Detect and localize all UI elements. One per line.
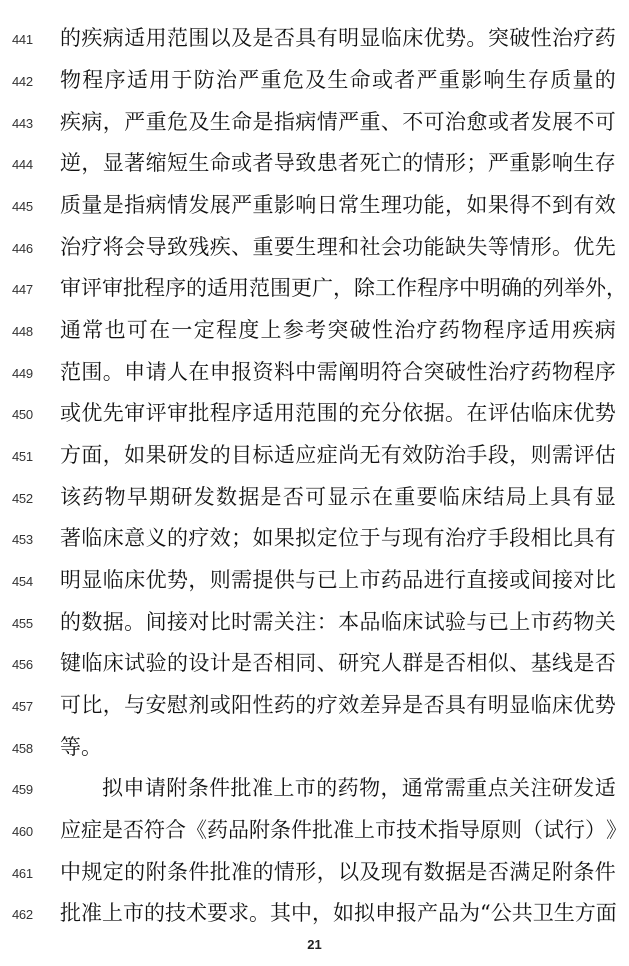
line-text: 疾病，严重危及生命是指病情严重、不可治愈或者发展不可 [60, 108, 616, 136]
line-text: 明显临床优势，则需提供与已上市药品进行直接或间接对比 [60, 566, 616, 594]
line-text: 通常也可在一定程度上参考突破性治疗药物程序适用疾病 [60, 316, 616, 344]
text-line: 447 审评审批程序的适用范围更广，除工作程序中明确的列举外， [0, 270, 629, 311]
line-number: 460 [12, 824, 42, 839]
text-line: 454 明显临床优势，则需提供与已上市药品进行直接或间接对比 [0, 562, 629, 603]
line-text: 键临床试验的设计是否相同、研究人群是否相似、基线是否 [60, 649, 616, 677]
line-number: 458 [12, 741, 42, 756]
text-line: 443 疾病，严重危及生命是指病情严重、不可治愈或者发展不可 [0, 104, 629, 145]
line-number: 446 [12, 241, 42, 256]
line-number: 455 [12, 616, 42, 631]
line-text: 质量是指病情发展严重影响日常生理功能，如果得不到有效 [60, 191, 616, 219]
line-number: 451 [12, 449, 42, 464]
text-line: 442 物程序适用于防治严重危及生命或者严重影响生存质量的 [0, 62, 629, 103]
line-number: 453 [12, 532, 42, 547]
line-text: 该药物早期研发数据是否可显示在重要临床结局上具有显 [60, 483, 616, 511]
line-text: 的数据。间接对比时需关注：本品临床试验与已上市药物关 [60, 608, 616, 636]
text-line: 451 方面，如果研发的目标适应症尚无有效防治手段，则需评估 [0, 437, 629, 478]
line-number: 452 [12, 491, 42, 506]
text-line: 462 批准上市的技术要求。其中，如拟申报产品为“公共卫生方面 [0, 895, 629, 936]
line-text: 拟申请附条件批准上市的药物，通常需重点关注研发适 [102, 774, 616, 802]
text-line: 461 中规定的附条件批准的情形，以及现有数据是否满足附条件 [0, 854, 629, 895]
line-number: 462 [12, 907, 42, 922]
line-number: 461 [12, 866, 42, 881]
line-text: 等。 [60, 733, 616, 761]
text-line: 448 通常也可在一定程度上参考突破性治疗药物程序适用疾病 [0, 312, 629, 353]
line-text: 批准上市的技术要求。其中，如拟申报产品为“公共卫生方面 [60, 899, 616, 927]
text-line: 460 应症是否符合《药品附条件批准上市技术指导原则（试行）》 [0, 812, 629, 853]
text-line: 445 质量是指病情发展严重影响日常生理功能，如果得不到有效 [0, 187, 629, 228]
text-line: 457 可比，与安慰剂或阳性药的疗效差异是否具有明显临床优势 [0, 687, 629, 728]
line-number: 448 [12, 324, 42, 339]
text-line: 450 或优先审评审批程序适用范围的充分依据。在评估临床优势 [0, 395, 629, 436]
line-text: 审评审批程序的适用范围更广，除工作程序中明确的列举外， [60, 274, 616, 302]
line-number: 449 [12, 366, 42, 381]
text-line: 446 治疗将会导致残疾、重要生理和社会功能缺失等情形。优先 [0, 229, 629, 270]
line-number: 441 [12, 32, 42, 47]
line-number: 456 [12, 657, 42, 672]
line-number: 454 [12, 574, 42, 589]
line-text: 可比，与安慰剂或阳性药的疗效差异是否具有明显临床优势 [60, 691, 616, 719]
line-text: 应症是否符合《药品附条件批准上市技术指导原则（试行）》 [60, 816, 616, 844]
text-line: 455 的数据。间接对比时需关注：本品临床试验与已上市药物关 [0, 604, 629, 645]
text-line: 459 拟申请附条件批准上市的药物，通常需重点关注研发适 [0, 770, 629, 811]
line-text: 著临床意义的疗效；如果拟定位于与现有治疗手段相比具有 [60, 524, 616, 552]
line-number: 447 [12, 282, 42, 297]
line-text: 中规定的附条件批准的情形，以及现有数据是否满足附条件 [60, 858, 616, 886]
line-number: 450 [12, 407, 42, 422]
document-page: 441 的疾病适用范围以及是否具有明显临床优势。突破性治疗药 442 物程序适用… [0, 0, 629, 966]
text-line: 441 的疾病适用范围以及是否具有明显临床优势。突破性治疗药 [0, 20, 629, 61]
line-number: 445 [12, 199, 42, 214]
text-line: 453 著临床意义的疗效；如果拟定位于与现有治疗手段相比具有 [0, 520, 629, 561]
line-text: 或优先审评审批程序适用范围的充分依据。在评估临床优势 [60, 399, 616, 427]
text-line: 444 逆，显著缩短生命或者导致患者死亡的情形；严重影响生存 [0, 145, 629, 186]
line-text: 的疾病适用范围以及是否具有明显临床优势。突破性治疗药 [60, 24, 616, 52]
text-line: 452 该药物早期研发数据是否可显示在重要临床结局上具有显 [0, 479, 629, 520]
line-number: 443 [12, 116, 42, 131]
line-text: 逆，显著缩短生命或者导致患者死亡的情形；严重影响生存 [60, 149, 616, 177]
line-text: 范围。申请人在申报资料中需阐明符合突破性治疗药物程序 [60, 358, 616, 386]
page-number: 21 [0, 937, 629, 952]
text-line: 456 键临床试验的设计是否相同、研究人群是否相似、基线是否 [0, 645, 629, 686]
line-number: 459 [12, 782, 42, 797]
line-text: 方面，如果研发的目标适应症尚无有效防治手段，则需评估 [60, 441, 616, 469]
line-number: 457 [12, 699, 42, 714]
text-line: 449 范围。申请人在申报资料中需阐明符合突破性治疗药物程序 [0, 354, 629, 395]
line-text: 物程序适用于防治严重危及生命或者严重影响生存质量的 [60, 66, 616, 94]
line-number: 444 [12, 157, 42, 172]
line-number: 442 [12, 74, 42, 89]
line-text: 治疗将会导致残疾、重要生理和社会功能缺失等情形。优先 [60, 233, 616, 261]
text-line: 458 等。 [0, 729, 629, 770]
